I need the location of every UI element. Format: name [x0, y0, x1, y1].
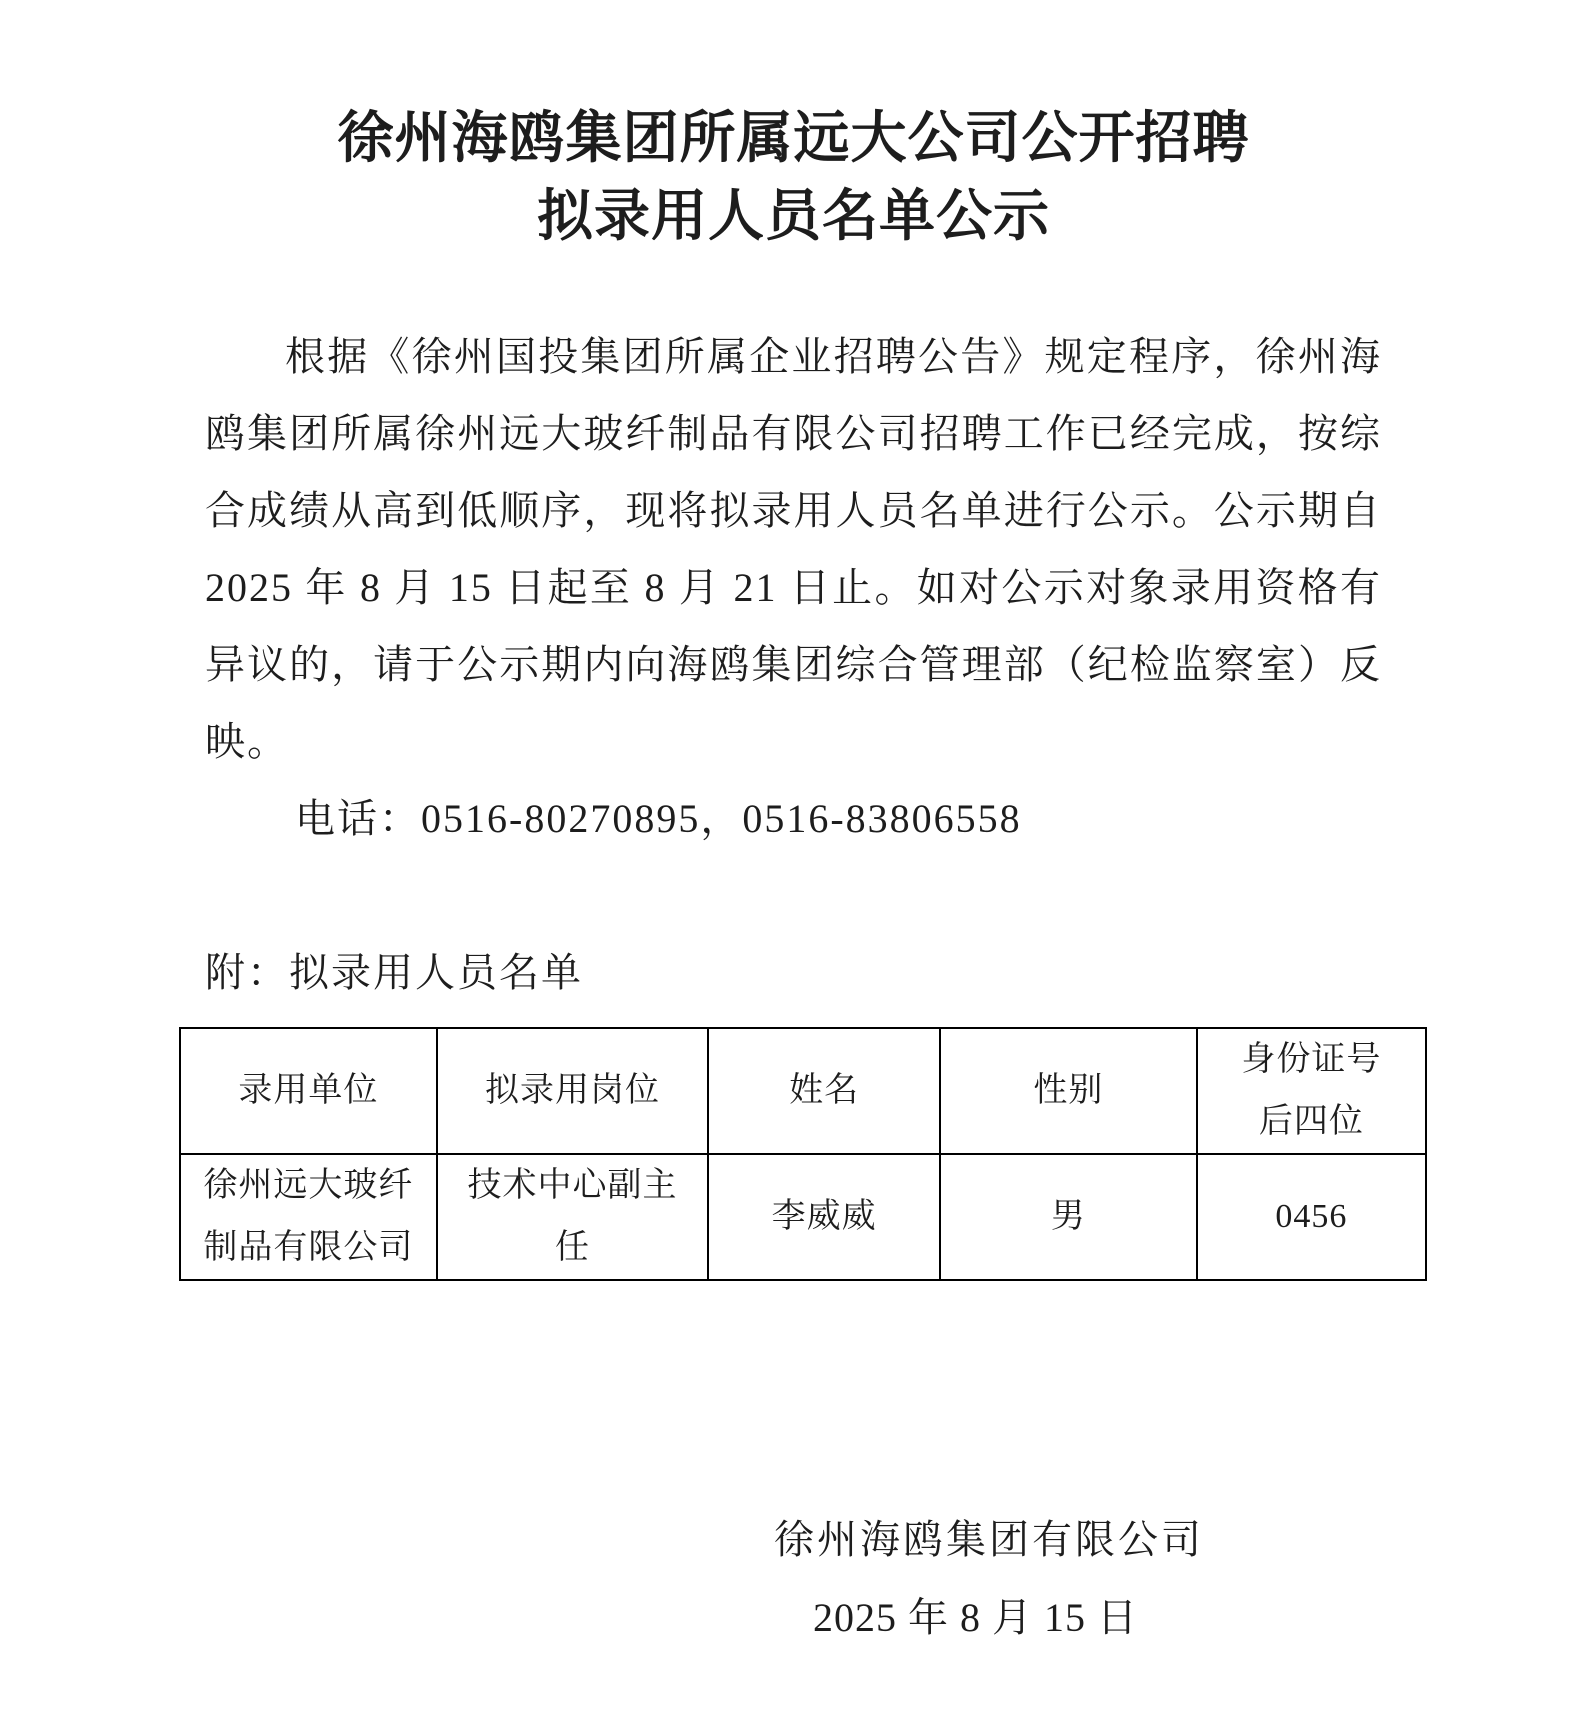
- header-proposed-position: 拟录用岗位: [437, 1028, 709, 1154]
- document-title-line2: 拟录用人员名单公示: [0, 178, 1587, 256]
- announcement-paragraph: 根据《徐州国投集团所属企业招聘公告》规定程序，徐州海鸥集团所属徐州远大玻纤制品有…: [205, 318, 1382, 780]
- signature-date: 2025 年 8 月 15 日: [205, 1579, 1382, 1657]
- announcement-document-page: 徐州海鸥集团所属远大公司公开招聘 拟录用人员名单公示 根据《徐州国投集团所属企业…: [0, 0, 1587, 1726]
- header-id-last4: 身份证号 后四位: [1197, 1028, 1426, 1154]
- document-title-line1: 徐州海鸥集团所属远大公司公开招聘: [0, 100, 1587, 178]
- header-gender: 性别: [940, 1028, 1197, 1154]
- attachment-label: 附：拟录用人员名单: [205, 934, 1382, 1011]
- table-row: 徐州远大玻纤制品有限公司 技术中心副主任 李威威 男 0456: [180, 1154, 1426, 1280]
- document-title: 徐州海鸥集团所属远大公司公开招聘 拟录用人员名单公示: [0, 0, 1587, 256]
- header-name: 姓名: [708, 1028, 940, 1154]
- proposed-hire-roster-table: 录用单位 拟录用岗位 姓名 性别 身份证号 后四位 徐州远大玻纤制品有限公司 技…: [179, 1027, 1427, 1281]
- header-hiring-unit: 录用单位: [180, 1028, 437, 1154]
- cell-gender: 男: [940, 1154, 1197, 1280]
- table-header-row: 录用单位 拟录用岗位 姓名 性别 身份证号 后四位: [180, 1028, 1426, 1154]
- cell-id-last4: 0456: [1197, 1154, 1426, 1280]
- document-body: 根据《徐州国投集团所属企业招聘公告》规定程序，徐州海鸥集团所属徐州远大玻纤制品有…: [205, 318, 1382, 1657]
- signature-company: 徐州海鸥集团有限公司: [205, 1501, 1382, 1579]
- cell-name: 李威威: [708, 1154, 940, 1280]
- cell-proposed-position: 技术中心副主任: [437, 1154, 709, 1280]
- contact-phone-line: 电话：0516-80270895，0516-83806558: [205, 780, 1382, 857]
- cell-hiring-unit: 徐州远大玻纤制品有限公司: [180, 1154, 437, 1280]
